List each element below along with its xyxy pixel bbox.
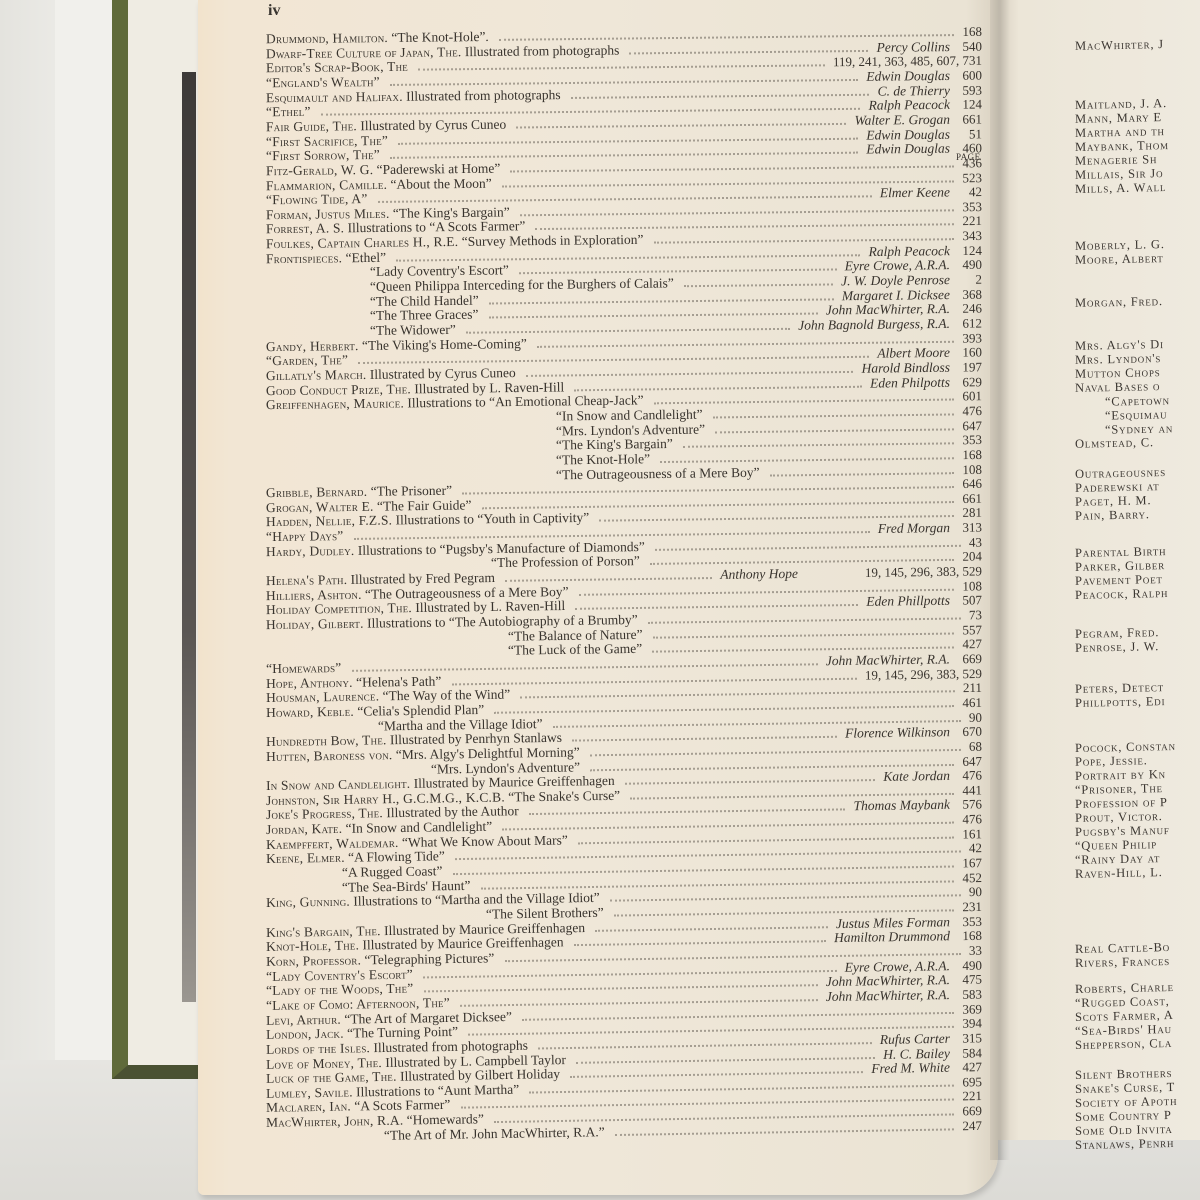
entry-page: 315 [962, 1030, 982, 1046]
dot-leader [713, 411, 955, 418]
entry-page: 600 [962, 68, 982, 84]
entry-page: 2 [975, 272, 982, 288]
dot-leader [654, 236, 955, 243]
dot-leader [505, 575, 712, 582]
entry-page: 68 [969, 738, 982, 754]
right-index-entry: Peacock, Ralph [1075, 586, 1169, 603]
entry-title: “England's Wealth” [266, 74, 380, 90]
right-index-entry: Pain, Barry. [1075, 507, 1150, 524]
entry-title: Gillatly's March. [266, 367, 367, 383]
right-index-entry: Stanlaws, Penrh [1075, 1136, 1175, 1153]
entry-description: “The Prisoner” [367, 483, 452, 499]
right-index-entry: Penrose, J. W. [1075, 639, 1159, 656]
entry-page: 669 [962, 1103, 982, 1119]
entry-page: 461 [962, 695, 982, 711]
entry-page: 476 [962, 403, 982, 419]
entry-page: 313 [962, 520, 982, 536]
entry-title: Helena's Path. [266, 572, 347, 588]
entry-title: Hutten, Baroness von. [266, 747, 393, 764]
entry-description: Illustrated by Cyrus Cuneo [357, 117, 506, 134]
entry-description: “In Snow and Candlelight” [556, 407, 703, 424]
entry-page: 168 [962, 24, 982, 40]
entry-page: 612 [962, 315, 982, 331]
entry-description: “A Rugged Coast” [342, 863, 443, 880]
entry-page: 646 [962, 476, 982, 492]
entry-page: 33 [969, 943, 982, 959]
entry-title: Forrest, A. S. [266, 221, 344, 237]
entry-page: 231 [962, 899, 982, 915]
entry-title: Howard, Keble. [266, 704, 354, 720]
dot-leader [684, 282, 833, 288]
entry-title: “Happy Days” [266, 528, 344, 544]
entry-description: “The Knot-Hole” [556, 451, 650, 467]
entry-page: 661 [962, 111, 982, 127]
entry-page: 197 [962, 359, 982, 375]
entry-title: “First Sorrow, The” [266, 147, 380, 163]
entry-title: Drummond, Hamilton. [266, 30, 388, 46]
entry-description: “Paderewski at Home” [373, 160, 500, 176]
entry-title: Fair Guide, The. [266, 118, 357, 134]
page-number: iv [268, 2, 280, 20]
entry-description: “The Widower” [370, 322, 456, 338]
entry-page: 343 [962, 228, 982, 244]
dot-leader [516, 121, 846, 129]
entry-description: “The Art of Mr. John MacWhirter, R.A.” [384, 1124, 605, 1143]
entry-title: “Flowing Tide, A” [266, 191, 368, 207]
right-index-entry: Olmstead, C. [1075, 435, 1154, 452]
entry-title: “Homewards” [266, 660, 342, 676]
dot-leader [770, 470, 955, 476]
dot-leader [629, 48, 868, 55]
entry-text: “The Art of Mr. John MacWhirter, R.A.” [384, 1124, 605, 1144]
entry-page: 247 [962, 1118, 982, 1134]
entry-title: Keene, Elmer. [266, 850, 345, 866]
right-index-entry: Phillpotts, Edi [1075, 694, 1166, 711]
entry-title: “Garden, The” [266, 352, 348, 368]
entry-page: 73 [969, 607, 982, 623]
entry-page: 669 [962, 651, 982, 667]
entry-title: Jordan, Kate. [266, 821, 342, 837]
entry-title: Holiday, Gilbert. [266, 616, 364, 632]
entry-description: “The Knot-Hole”. [388, 29, 489, 45]
entry-page: 42 [969, 184, 982, 200]
right-index-entry: Rivers, Frances [1075, 954, 1170, 971]
right-index-entry: MacWhirter, J [1075, 37, 1164, 54]
entry-description: “Celia's Splendid Plan” [354, 702, 484, 719]
entry-description: “Homewards” [403, 1111, 484, 1127]
entry-title: Fitz-Gerald, W. G. [266, 162, 373, 178]
right-index-entry: Shepperson, Cla [1075, 1036, 1172, 1053]
right-index-entry: Raven-Hill, L. [1075, 865, 1163, 882]
entry-page: 167 [962, 855, 982, 871]
entry-page: 583 [962, 986, 982, 1002]
right-index-entry: Moore, Albert [1075, 251, 1164, 268]
entry-page: 476 [962, 811, 982, 827]
entry-title: Gribble, Bernard. [266, 484, 367, 500]
right-index-entry: Mills, A. Wall [1075, 180, 1167, 197]
entry-page: 168 [962, 447, 982, 463]
entry-title: London, Jack. [266, 1026, 344, 1042]
right-index-entry: Morgan, Fred. [1075, 294, 1163, 311]
plate-edge [182, 72, 196, 1002]
entry-page: 436 [962, 155, 982, 171]
entry-title: Korn, Professor. [266, 952, 361, 968]
entry-title: “Ethel” [266, 104, 311, 119]
dot-leader [660, 455, 954, 463]
entry-title: Lords of the Isles. [266, 1040, 370, 1057]
entry-description: “Ethel” [342, 250, 386, 266]
